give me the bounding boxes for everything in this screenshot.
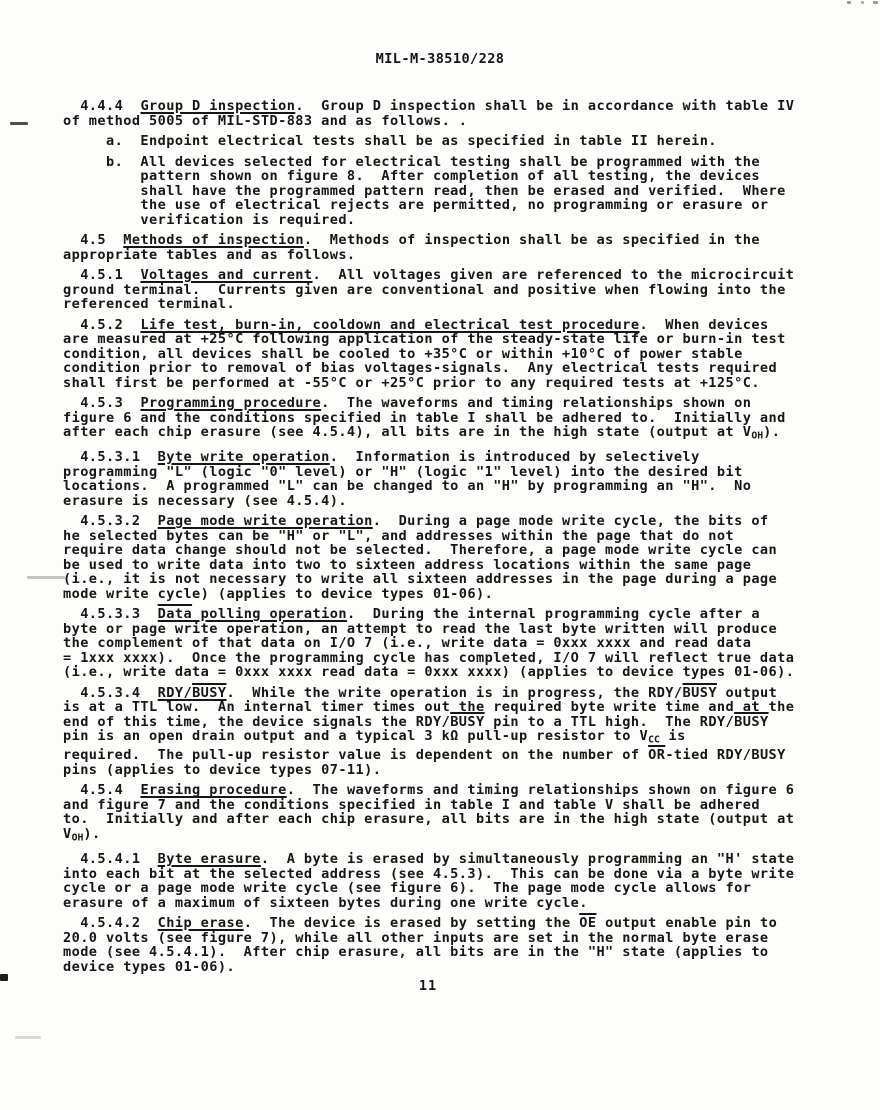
text-line: VOH).	[63, 827, 835, 846]
text-line: 4.5.1 Voltages and current. All voltages…	[63, 268, 835, 283]
paragraph-4.4.4: 4.4.4 Group D inspection. Group D inspec…	[63, 99, 835, 128]
text-line: programming "L" (logic "0" level) or "H"…	[63, 465, 835, 480]
text-line: 4.5.3.1 Byte write operation. Informatio…	[63, 450, 835, 465]
text-line: mode write cycle) (applies to device typ…	[63, 587, 835, 602]
scan-speck-top-right-2	[861, 1, 864, 4]
page-number: 11	[0, 978, 856, 994]
text-line: ground terminal. Currents given are conv…	[63, 283, 835, 298]
paragraph-4.5.1: 4.5.1 Voltages and current. All voltages…	[63, 268, 835, 312]
text-line: erasure is necessary (see 4.5.4).	[63, 494, 835, 509]
text-line: device types 01-06).	[63, 960, 835, 975]
paragraph-4.5.4: 4.5.4 Erasing procedure. The waveforms a…	[63, 783, 835, 846]
paragraph-item-b: b. All devices selected for electrical t…	[63, 155, 835, 228]
paragraph-4.5.3.1: 4.5.3.1 Byte write operation. Informatio…	[63, 450, 835, 508]
text-line: 4.5 Methods of inspection. Methods of in…	[63, 233, 835, 248]
paragraph-4.5.4.1: 4.5.4.1 Byte erasure. A byte is erased b…	[63, 852, 835, 910]
text-line: required. The pull-up resistor value is …	[63, 748, 835, 763]
text-line: = 1xxx xxxx). Once the programming cycle…	[63, 651, 835, 666]
paragraph-4.5.3.3: 4.5.3.3 Data polling operation. During t…	[63, 607, 835, 680]
text-line: be used to write data into two to sixtee…	[63, 558, 835, 573]
text-line: 4.5.3.4 RDY/BUSY. While the write operat…	[63, 686, 835, 701]
text-line: a. Endpoint electrical tests shall be as…	[63, 134, 835, 149]
text-line: pattern shown on figure 8. After complet…	[63, 169, 835, 184]
paragraph-4.5.3: 4.5.3 Programming procedure. The wavefor…	[63, 396, 835, 444]
text-line: 4.4.4 Group D inspection. Group D inspec…	[63, 99, 835, 114]
text-line: the complement of that data on I/O 7 (i.…	[63, 636, 835, 651]
text-line: erasure of a maximum of sixteen bytes du…	[63, 896, 835, 911]
text-line: shall have the programmed pattern read, …	[63, 184, 835, 199]
text-line: pin is an open drain output and a typica…	[63, 729, 835, 748]
paragraph-4.5: 4.5 Methods of inspection. Methods of in…	[63, 233, 835, 262]
document-body: 4.4.4 Group D inspection. Group D inspec…	[63, 99, 835, 980]
text-line: locations. A programmed "L" can be chang…	[63, 479, 835, 494]
text-line: 4.5.4 Erasing procedure. The waveforms a…	[63, 783, 835, 798]
text-line: 4.5.4.1 Byte erasure. A byte is erased b…	[63, 852, 835, 867]
text-line: figure 6 and the conditions specified in…	[63, 411, 835, 426]
text-line: 4.5.4.2 Chip erase. The device is erased…	[63, 916, 835, 931]
text-line: referenced terminal.	[63, 297, 835, 312]
text-line: 4.5.3 Programming procedure. The wavefor…	[63, 396, 835, 411]
document-header-title: MIL-M-38510/228	[0, 51, 880, 67]
text-line: into each bit at the selected address (s…	[63, 867, 835, 882]
text-line: (i.e., it is not necessary to write all …	[63, 572, 835, 587]
scan-mark-left-edge-blot	[0, 974, 8, 981]
text-line: 4.5.3.3 Data polling operation. During t…	[63, 607, 835, 622]
text-line: after each chip erasure (see 4.5.4), all…	[63, 425, 835, 444]
text-line: b. All devices selected for electrical t…	[63, 155, 835, 170]
text-line: is at a TTL low. An internal timer times…	[63, 700, 835, 715]
text-line: 4.5.3.2 Page mode write operation. Durin…	[63, 514, 835, 529]
text-line: mode (see 4.5.4.1). After chip erasure, …	[63, 945, 835, 960]
scan-mark-left-faint-dash	[27, 576, 65, 579]
scan-speck-top-right-3	[873, 1, 878, 4]
text-line: require data change should not be select…	[63, 543, 835, 558]
text-line: of method 5005 of MIL-STD-883 and as fol…	[63, 114, 835, 129]
scan-mark-left-dash	[10, 122, 28, 125]
text-line: pins (applies to device types 07-11).	[63, 763, 835, 778]
text-line: shall first be performed at -55°C or +25…	[63, 376, 835, 391]
scan-speck-top-right-1	[847, 1, 851, 4]
text-line: and figure 7 and the conditions specifie…	[63, 798, 835, 813]
text-line: byte or page write operation, an attempt…	[63, 622, 835, 637]
text-line: (i.e., write data = 0xxx xxxx read data …	[63, 665, 835, 680]
scan-mark-bottom-smudge	[15, 1036, 41, 1039]
text-line: condition, all devices shall be cooled t…	[63, 347, 835, 362]
paragraph-item-a: a. Endpoint electrical tests shall be as…	[63, 134, 835, 149]
text-line: cycle or a page mode write cycle (see fi…	[63, 881, 835, 896]
text-line: he selected bytes can be "H" or "L", and…	[63, 529, 835, 544]
paragraph-4.5.3.2: 4.5.3.2 Page mode write operation. Durin…	[63, 514, 835, 601]
text-line: end of this time, the device signals the…	[63, 715, 835, 730]
text-line: 20.0 volts (see figure 7), while all oth…	[63, 931, 835, 946]
text-line: condition prior to removal of bias volta…	[63, 361, 835, 376]
paragraph-4.5.3.4: 4.5.3.4 RDY/BUSY. While the write operat…	[63, 686, 835, 778]
paragraph-4.5.4.2: 4.5.4.2 Chip erase. The device is erased…	[63, 916, 835, 974]
text-line: the use of electrical rejects are permit…	[63, 198, 835, 213]
text-line: are measured at +25°C following applicat…	[63, 332, 835, 347]
text-line: 4.5.2 Life test, burn-in, cooldown and e…	[63, 318, 835, 333]
text-line: verification is required.	[63, 213, 835, 228]
paragraph-4.5.2: 4.5.2 Life test, burn-in, cooldown and e…	[63, 318, 835, 391]
text-line: appropriate tables and as follows.	[63, 248, 835, 263]
text-line: to. Initially and after each chip erasur…	[63, 812, 835, 827]
